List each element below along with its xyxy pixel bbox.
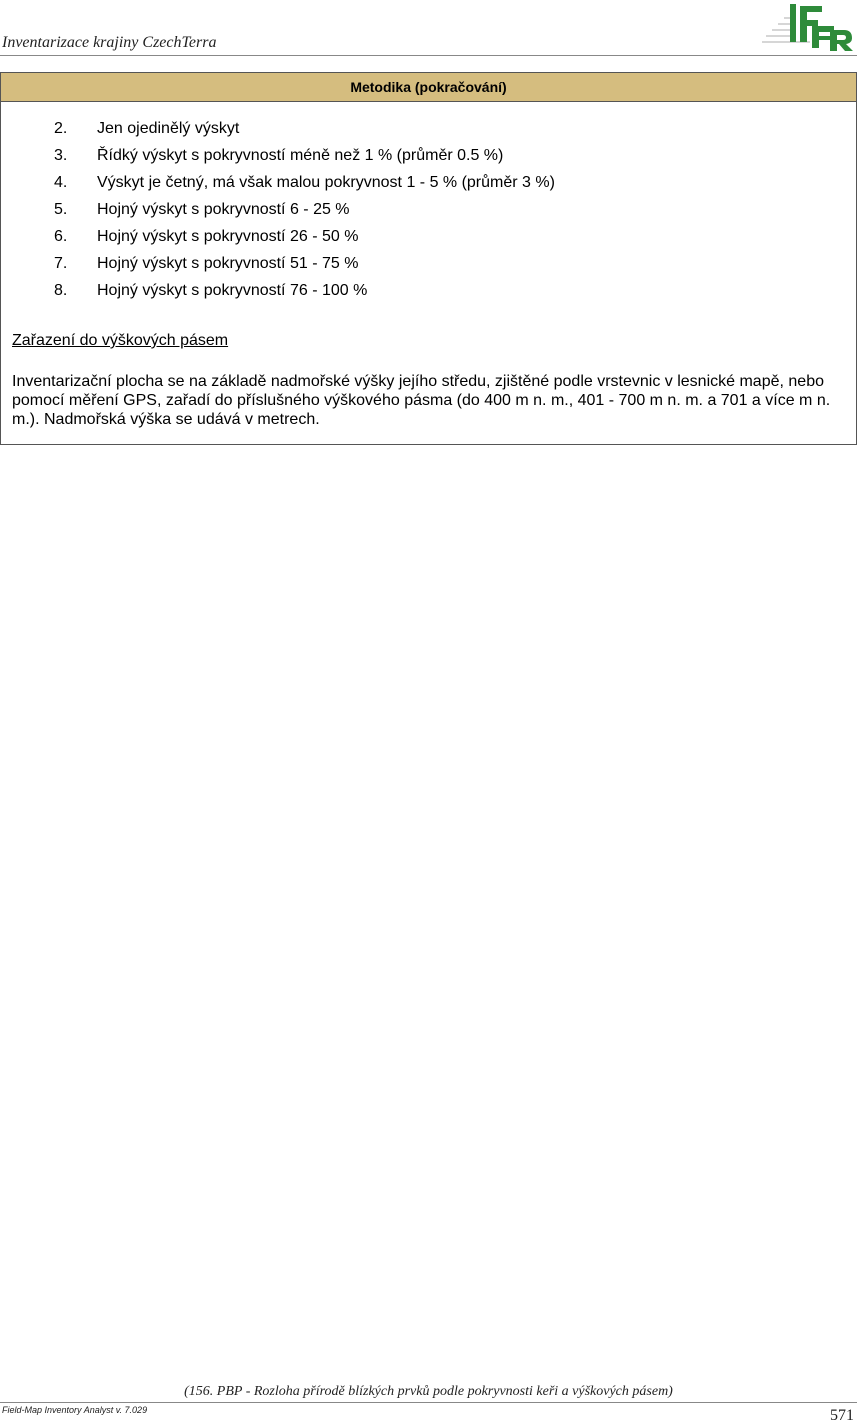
footer-software-version: Field-Map Inventory Analyst v. 7.029 (2, 1405, 147, 1415)
methodology-heading: Metodika (pokračování) (1, 73, 856, 102)
page-number: 571 (830, 1407, 854, 1424)
footer-divider (0, 1402, 857, 1403)
methodology-box: Metodika (pokračování) 2. Jen ojedinělý … (0, 72, 857, 445)
ifer-logo-icon (760, 2, 854, 52)
section-title: Zařazení do výškových pásem (12, 332, 228, 350)
section-paragraph: Inventarizační plocha se na základě nadm… (12, 372, 847, 429)
header-divider (0, 55, 857, 56)
document-header-title: Inventarizace krajiny CzechTerra (2, 34, 216, 52)
footer-caption: (156. PBP - Rozloha přírodě blízkých prv… (0, 1384, 857, 1400)
